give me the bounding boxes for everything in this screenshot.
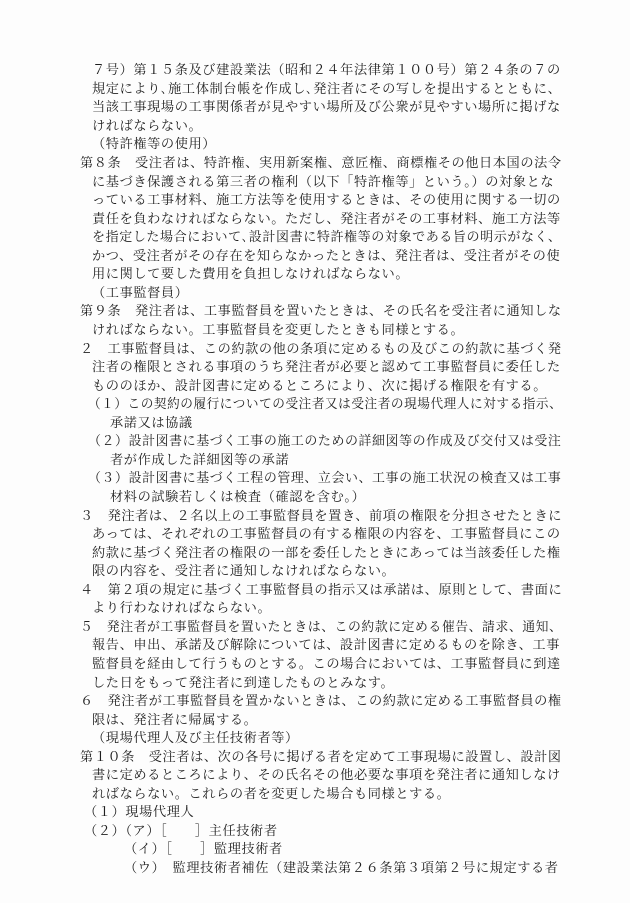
document-line: 限の内容を、受注者に通知しなければならない。	[92, 563, 395, 581]
document-line: 報告、申出、承諾及び解除については、設計図書に定めるものを除き、工事	[92, 637, 560, 655]
document-line: した日をもって発注者に到達したものとみなす。	[92, 675, 394, 693]
document-line: 監督員を経由して行うものとする。この場合においては、工事監督員に到達	[92, 656, 561, 674]
document-line: 第８条 受注者は、特許権、実用新案権、意匠権、商標権その他日本国の法令	[80, 155, 562, 173]
document-line: （１）現場代理人	[84, 804, 194, 822]
document-line: ２ 工事監督員は、この約款の他の条項に定めるもの及びこの約款に基づく発	[80, 341, 562, 359]
document-line: より行わなければならない。	[92, 600, 271, 618]
document-line: 承諾又は協議	[110, 415, 193, 433]
document-line: 用に関して要した費用を負担しなければならない。	[92, 266, 409, 284]
document-line: もののほか、設計図書に定めるところにより、次に掲げる権限を有する。	[92, 378, 547, 396]
document-line: に基づき保護される第三者の権利（以下「特許権等」という。）の対象とな	[92, 174, 554, 192]
document-line: （１）この契約の履行についての受注者又は受注者の現場代理人に対する指示、	[88, 396, 562, 414]
document-line: 書に定めるところにより、その氏名その他必要な事項を発注者に通知しなけ	[92, 767, 561, 785]
document-line: 当該工事現場の工事関係者が見やすい場所及び公衆が見やすい場所に掲げな	[92, 99, 561, 117]
document-line: 責任を負わなければならない。ただし、発注者がその工事材料、施工方法等	[92, 211, 561, 229]
document-line: （特許権等の使用）	[92, 136, 216, 154]
document-line: 第９条 発注者は、工事監督員を置いたときは、その氏名を受注者に通知しな	[80, 303, 562, 321]
document-line: ければならない。工事監督員を変更したときも同様とする。	[92, 322, 464, 340]
document-line: を指定した場合において､設計図書に特許権等の対象である旨の明示がなく、	[92, 229, 562, 247]
document-line: （工事監督員）	[92, 285, 189, 303]
document-line: （２）設計図書に基づく工事の施工のための詳細図等の作成及び交付又は受注	[88, 433, 561, 451]
document-line: っている工事材料、施工方法等を使用するときは、その使用に関する一切の	[92, 192, 561, 210]
document-line: あっては、それぞれの工事監督員の有する権限の内容を、工事監督員にこの	[92, 526, 561, 544]
document-line: （ウ） 監理技術者補佐（建設業法第２６条第３項第２号に規定する者	[124, 860, 559, 878]
document-line: ６ 発注者が工事監督員を置かないときは、この約款に定める工事監督員の権	[80, 693, 562, 711]
document-line: ければならない。	[92, 118, 202, 136]
document-line: 第１０条 受注者は、次の各号に掲げる者を定めて工事現場に設置し、設計図	[80, 749, 562, 767]
document-line: 規定により､施工体制台帳を作成し､発注者にその写しを提出するとともに、	[92, 81, 561, 99]
document-line: ればならない。これらの者を変更した場合も同様とする。	[92, 786, 450, 804]
document-line: 材料の試験若しくは検査（確認を含む。）	[110, 489, 365, 507]
document-line: ７号）第１５条及び建設業法（昭和２４年法律第１００号）第２４条の７の	[92, 62, 561, 80]
document-page: ７号）第１５条及び建設業法（昭和２４年法律第１００号）第２４条の７の規定により､…	[0, 0, 630, 903]
document-line: ５ 発注者が工事監督員を置いたときは、この約款に定める催告、請求、通知、	[80, 619, 562, 637]
document-line: ４ 第２項の規定に基づく工事監督員の指示又は承諾は、原則として、書面に	[80, 582, 562, 600]
document-line: （２）（ア）［ ］主任技術者	[84, 823, 278, 841]
document-line: （３）設計図書に基づく工程の管理、立会い、工事の施工状況の検査又は工事	[88, 470, 561, 488]
document-line: 限は、発注者に帰属する。	[92, 712, 257, 730]
document-line: 注者の権限とされる事項のうち発注者が必要と認めて工事監督員に委任した	[92, 359, 561, 377]
document-line: 約款に基づく発注者の権限の一部を委任したときにあっては当該委任した権	[92, 545, 561, 563]
document-line: ３ 発注者は、２名以上の工事監督員を置き、前項の権限を分担させたときに	[80, 508, 562, 526]
document-line: （現場代理人及び主任技術者等）	[92, 730, 299, 748]
document-line: 者が作成した詳細図等の承諾	[110, 452, 289, 470]
document-line: かつ、受注者がその存在を知らなかったときは、発注者は、受注者がその使	[92, 248, 560, 266]
document-line: （イ）［ ］監理技術者	[124, 841, 283, 859]
